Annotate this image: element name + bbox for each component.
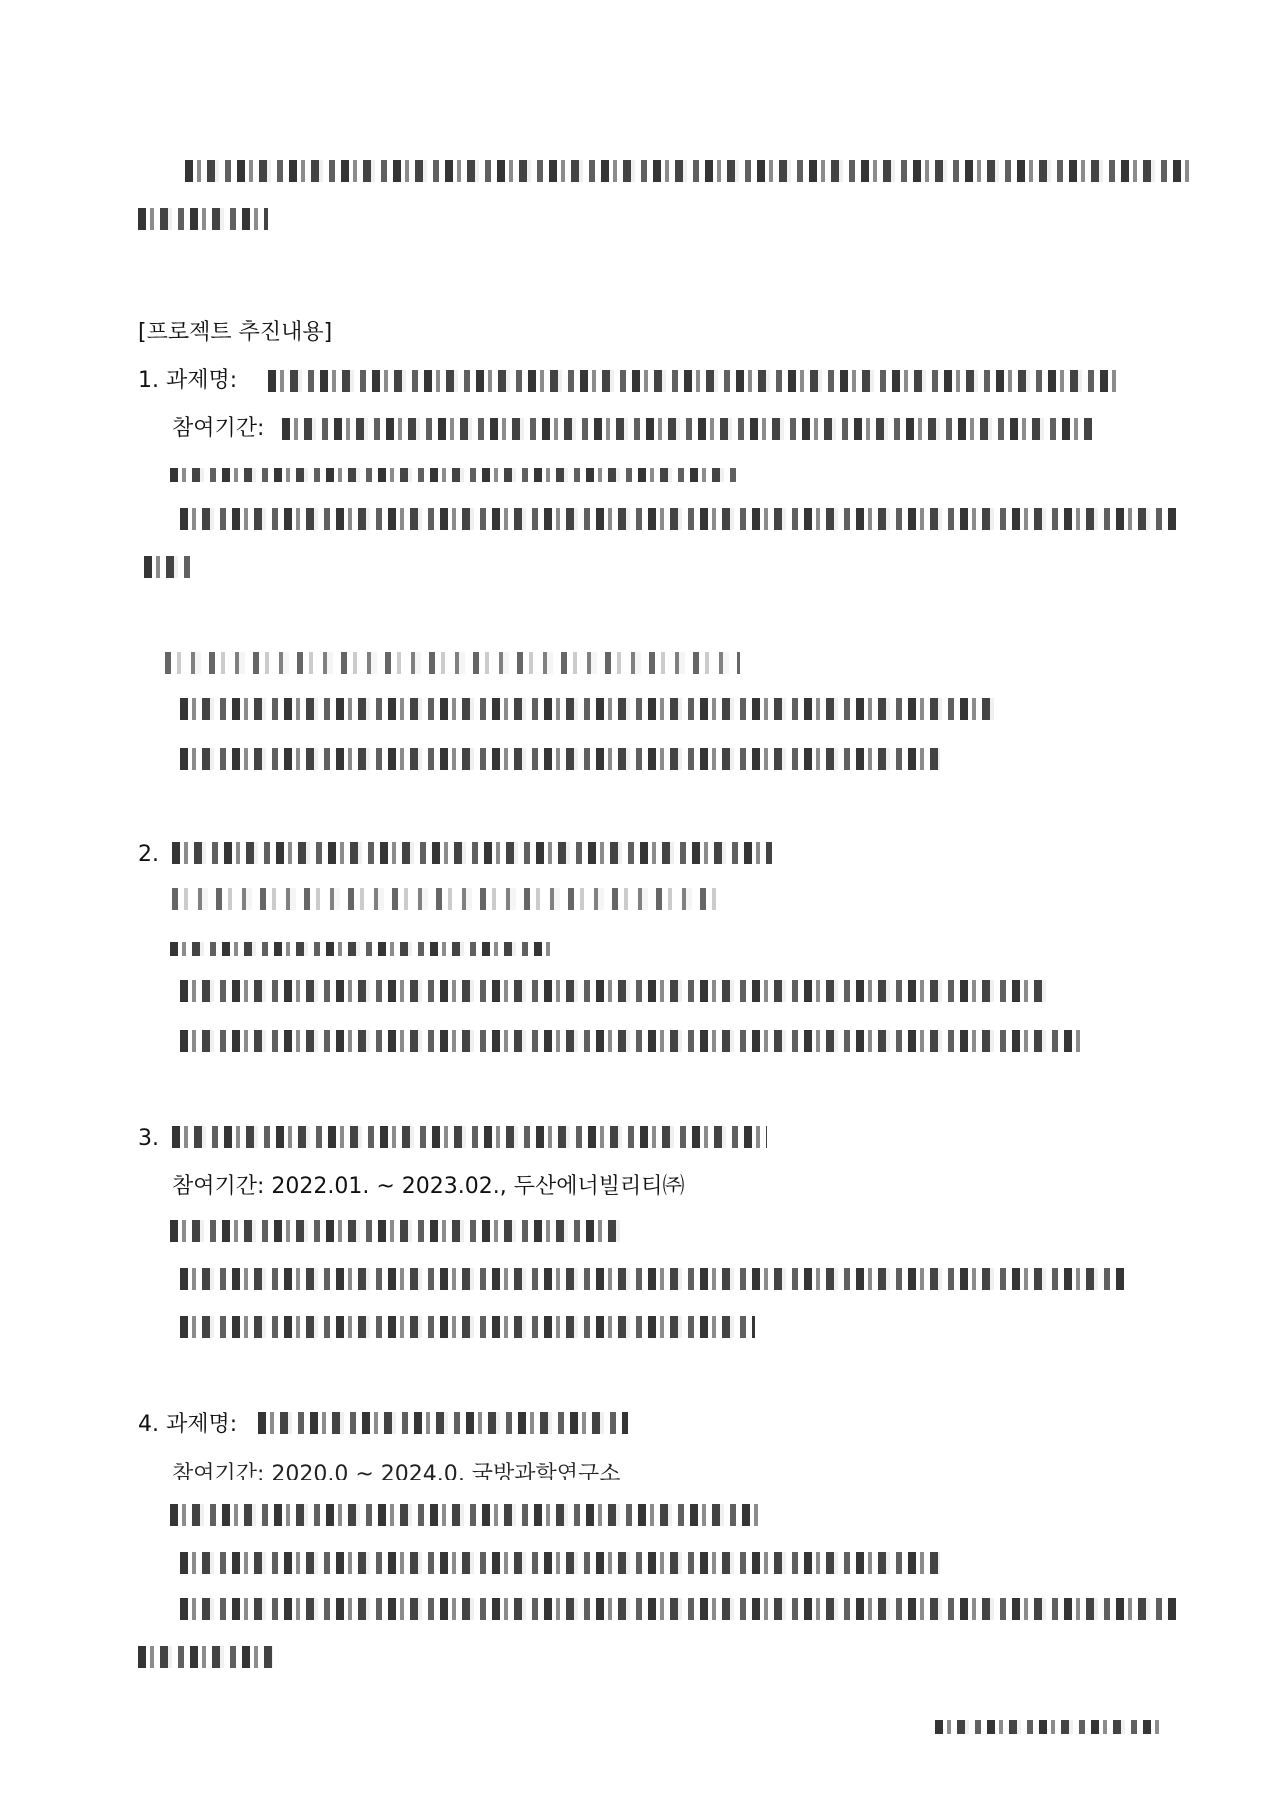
redacted-text [180,1598,1180,1620]
footer-redacted [935,1720,1165,1734]
redacted-text [172,842,772,864]
redacted-text [170,1220,620,1242]
document-page: [프로젝트 추진내용] 1. 과제명: 참여기간: 2. 3. 참여기간: 20… [0,0,1280,1810]
redacted-text [144,556,194,578]
redacted-text [170,942,555,956]
redacted-text [268,370,1120,392]
redacted-text [258,1412,628,1434]
redacted-text [180,1268,1125,1290]
redacted-text [180,508,1180,530]
project-number: 4. [138,1412,159,1437]
redacted-text [180,748,940,770]
redacted-text [172,1126,767,1148]
redacted-text [180,1030,1085,1052]
redacted-text [138,208,268,230]
redacted-text [138,1646,273,1668]
project-4-title: 4. 과제명: [138,1410,237,1440]
redacted-text [170,1504,760,1526]
redacted-text [180,1552,940,1574]
project-number: 2. [138,842,159,867]
project-1-title: 1. 과제명: [138,366,237,396]
title-label: 과제명: [166,1412,237,1437]
redacted-text [180,980,1050,1002]
project-1-period: 참여기간: [172,414,264,444]
project-number: 3. [138,1126,159,1151]
redacted-text [180,698,995,720]
redacted-text [165,652,740,674]
period-label: 참여기간: [172,416,264,441]
redacted-text [180,1316,755,1338]
title-label: 과제명: [166,368,237,393]
redacted-text [172,888,722,910]
project-4-period: 참여기간: 2020.0 ~ 2024.0, 국방과학연구소 [172,1460,621,1480]
project-3-period: 참여기간: 2022.01. ~ 2023.02., 두산에너빌리티㈜ [172,1172,685,1202]
section-title: [프로젝트 추진내용] [138,318,332,348]
redacted-text [282,418,1092,440]
project-number: 1. [138,368,159,393]
project-2-title: 2. [138,840,159,870]
redacted-text [185,160,1190,182]
redacted-text [170,468,740,482]
project-3-title: 3. [138,1124,159,1154]
